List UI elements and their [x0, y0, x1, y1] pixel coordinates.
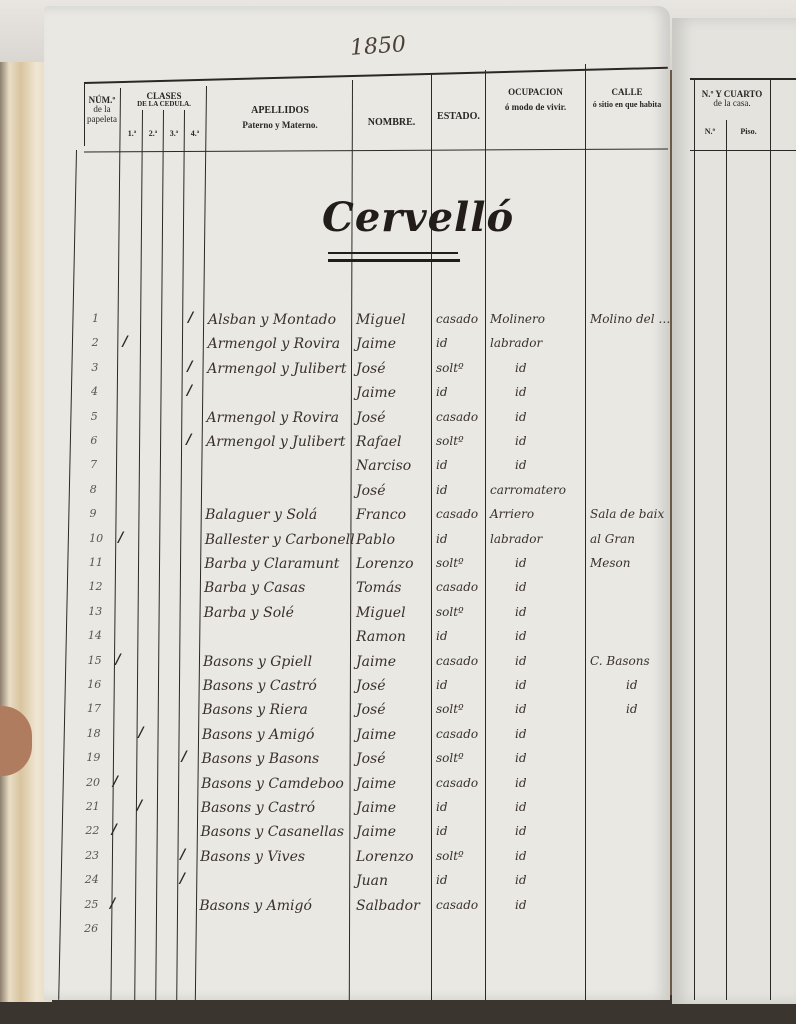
row-number: 20	[86, 776, 100, 789]
estado-cell: soltº	[436, 702, 464, 716]
ocupacion-cell: id	[515, 654, 527, 668]
header-clase-4: 4.ª	[185, 130, 205, 138]
estado-cell: soltº	[436, 361, 464, 375]
ocupacion-cell: id	[515, 849, 527, 863]
header-nombre: NOMBRE.	[352, 118, 431, 129]
nombre-cell: Miguel	[356, 605, 406, 621]
row-number: 11	[89, 556, 103, 569]
header-numero-cuarto-subtitle: de la casa.	[694, 99, 770, 108]
nombre-cell: Salbador	[356, 898, 420, 914]
estado-cell: id	[436, 678, 448, 692]
clase-mark: /	[186, 432, 191, 448]
estado-cell: casado	[436, 727, 478, 741]
nombre-cell: Tomás	[356, 580, 402, 596]
estado-cell: id	[436, 629, 448, 643]
ledger-page-right	[672, 18, 796, 1004]
ocupacion-cell: id	[515, 678, 527, 692]
nombre-cell: Jaime	[356, 385, 396, 401]
nombre-cell: Jaime	[356, 800, 396, 816]
estado-cell: soltº	[436, 434, 464, 448]
header-clases-subtitle: DE LA CEDULA.	[122, 101, 206, 108]
row-number: 19	[86, 751, 100, 764]
ocupacion-cell: id	[515, 873, 527, 887]
header-clase-1: 1.ª	[122, 130, 142, 138]
apellidos-cell: Balaguer y Solá	[205, 507, 317, 523]
apellidos-cell: Basons y Gpiell	[203, 654, 312, 670]
row-number: 1	[92, 312, 99, 325]
estado-cell: soltº	[436, 605, 464, 619]
clase-mark: /	[113, 774, 118, 790]
apellidos-cell: Armengol y Julibert	[207, 361, 346, 377]
ocupacion-cell: id	[515, 800, 527, 814]
estado-cell: id	[436, 385, 448, 399]
row-number: 18	[87, 727, 101, 740]
row-number: 6	[90, 434, 97, 447]
ocupacion-cell: id	[515, 361, 527, 375]
ocupacion-cell: labrador	[490, 532, 542, 546]
nombre-cell: Miguel	[356, 312, 406, 328]
estado-cell: casado	[436, 580, 478, 594]
header-numero-cuarto: N.º Y CUARTO de la casa.	[694, 90, 770, 109]
estado-cell: id	[436, 800, 448, 814]
row-number: 21	[86, 800, 100, 813]
row-number: 15	[88, 654, 102, 667]
nombre-cell: Jaime	[356, 776, 396, 792]
ocupacion-cell: id	[515, 702, 527, 716]
apellidos-cell: Basons y Riera	[202, 702, 308, 718]
row-number: 23	[85, 849, 99, 862]
row-number: 8	[90, 483, 97, 496]
apellidos-cell: Ballester y Carbonell	[205, 532, 355, 548]
ocupacion-cell: carromatero	[490, 483, 566, 497]
row-number: 26	[84, 922, 98, 935]
estado-cell: casado	[436, 410, 478, 424]
ocupacion-cell: id	[515, 434, 527, 448]
ocupacion-cell: id	[515, 629, 527, 643]
row-number: 2	[92, 336, 99, 349]
section-title-underline	[328, 252, 458, 254]
apellidos-cell: Basons y Castró	[203, 678, 317, 694]
ocupacion-cell: id	[515, 580, 527, 594]
section-title: Cervelló	[322, 194, 514, 241]
ocupacion-cell: id	[515, 385, 527, 399]
estado-cell: id	[436, 336, 448, 350]
apellidos-cell: Basons y Basons	[202, 751, 320, 767]
apellidos-cell: Basons y Amigó	[202, 727, 315, 743]
estado-cell: soltº	[436, 751, 464, 765]
ocupacion-cell: id	[515, 410, 527, 424]
header-num-papeleta: NÚM.º de la papeleta	[84, 96, 120, 124]
header-calle-title: CALLE	[586, 88, 668, 97]
col-rule	[726, 120, 727, 1000]
right-header-bottom-rule	[690, 150, 796, 151]
header-piso: Piso.	[727, 128, 770, 136]
col-rule	[694, 80, 695, 1000]
estado-cell: id	[436, 873, 448, 887]
header-clase-3: 3.ª	[164, 130, 184, 138]
header-numero: N.º	[694, 128, 726, 136]
apellidos-cell: Basons y Vives	[200, 849, 305, 865]
header-apellidos-title: APELLIDOS	[208, 106, 352, 117]
ocupacion-cell: id	[515, 727, 527, 741]
apellidos-cell: Armengol y Julibert	[206, 434, 345, 450]
ocupacion-cell: id	[515, 751, 527, 765]
estado-cell: id	[436, 824, 448, 838]
nombre-cell: Jaime	[356, 727, 396, 743]
estado-cell: casado	[436, 898, 478, 912]
row-number: 14	[88, 629, 102, 642]
ocupacion-cell: id	[515, 898, 527, 912]
nombre-cell: Juan	[356, 873, 388, 889]
clase-mark: /	[110, 896, 115, 912]
estado-cell: casado	[436, 312, 478, 326]
nombre-cell: José	[356, 702, 386, 718]
row-number: 10	[89, 532, 103, 545]
nombre-cell: José	[356, 751, 386, 767]
calle-cell: id	[626, 678, 638, 692]
clase-mark: /	[188, 310, 193, 326]
row-number: 3	[91, 361, 98, 374]
row-number: 22	[85, 824, 99, 837]
estado-cell: id	[436, 458, 448, 472]
ocupacion-cell: id	[515, 824, 527, 838]
row-number: 24	[85, 873, 99, 886]
estado-cell: casado	[436, 654, 478, 668]
apellidos-cell: Basons y Amigó	[199, 898, 312, 914]
clase-mark: /	[180, 847, 185, 863]
nombre-cell: José	[356, 483, 386, 499]
nombre-cell: Jaime	[356, 824, 396, 840]
row-number: 7	[90, 458, 97, 471]
right-header-top-rule	[690, 78, 796, 80]
calle-cell: al Gran	[590, 532, 635, 546]
nombre-cell: José	[356, 361, 386, 377]
col-rule	[585, 64, 586, 1000]
calle-cell: C. Basons	[590, 654, 650, 668]
clase-mark: /	[138, 725, 143, 741]
header-clases: CLASES DE LA CEDULA.	[122, 92, 206, 109]
apellidos-cell: Barba y Solé	[204, 605, 294, 621]
estado-cell: id	[436, 532, 448, 546]
calle-cell: Sala de baix	[590, 507, 664, 521]
calle-cell: Meson	[590, 556, 631, 570]
row-number: 9	[89, 507, 96, 520]
apellidos-cell: Barba y Claramunt	[204, 556, 339, 572]
nombre-cell: Ramon	[356, 629, 406, 645]
nombre-cell: José	[356, 678, 386, 694]
ocupacion-cell: Arriero	[490, 507, 534, 521]
apellidos-cell: Basons y Camdeboo	[201, 776, 344, 792]
row-number: 13	[88, 605, 102, 618]
nombre-cell: Jaime	[356, 654, 396, 670]
calle-cell: Molino del …	[590, 312, 670, 326]
row-number: 4	[91, 385, 98, 398]
row-number: 17	[87, 702, 101, 715]
apellidos-cell: Alsban y Montado	[208, 312, 336, 328]
ocupacion-cell: id	[515, 605, 527, 619]
row-number: 16	[87, 678, 101, 691]
clase-mark: /	[112, 822, 117, 838]
apellidos-cell: Armengol y Rovira	[207, 410, 339, 426]
nombre-cell: Lorenzo	[356, 556, 414, 572]
col-rule	[770, 80, 771, 1000]
row-number: 25	[84, 898, 98, 911]
ocupacion-cell: id	[515, 776, 527, 790]
nombre-cell: Jaime	[356, 336, 396, 352]
clase-mark: /	[115, 652, 120, 668]
header-ocupacion-subtitle: ó modo de vivir.	[486, 103, 585, 112]
row-number: 5	[91, 410, 98, 423]
ocupacion-cell: labrador	[490, 336, 542, 350]
header-ocupacion-title: OCUPACION	[486, 88, 585, 97]
clase-mark: /	[187, 359, 192, 375]
clase-mark: /	[187, 383, 192, 399]
header-apellidos-subtitle: Paterno y Materno.	[208, 121, 352, 130]
nombre-cell: Lorenzo	[356, 849, 414, 865]
apellidos-cell: Basons y Castró	[201, 800, 315, 816]
estado-cell: soltº	[436, 849, 464, 863]
clase-mark: /	[118, 530, 123, 546]
apellidos-cell: Basons y Casanellas	[200, 824, 344, 840]
clase-mark: /	[122, 334, 127, 350]
nombre-cell: Rafael	[356, 434, 402, 450]
clase-mark: /	[180, 871, 185, 887]
apellidos-cell: Barba y Casas	[204, 580, 305, 596]
ocupacion-cell: id	[515, 556, 527, 570]
header-estado: ESTADO.	[432, 112, 485, 123]
apellidos-cell: Armengol y Rovira	[208, 336, 340, 352]
nombre-cell: Pablo	[356, 532, 395, 548]
row-number: 12	[89, 580, 103, 593]
year-annotation: 1850	[349, 32, 407, 61]
estado-cell: casado	[436, 507, 478, 521]
ocupacion-cell: id	[515, 458, 527, 472]
header-ocupacion: OCUPACION ó modo de vivir.	[486, 88, 585, 113]
nombre-cell: Franco	[356, 507, 406, 523]
header-apellidos: APELLIDOS Paterno y Materno.	[208, 106, 352, 130]
section-title-underline	[328, 259, 460, 262]
ocupacion-cell: Molinero	[490, 312, 545, 326]
header-num-line3: papeleta	[84, 115, 120, 124]
calle-cell: id	[626, 702, 638, 716]
header-calle-subtitle: ó sitio en que habita	[586, 101, 668, 109]
clase-mark: /	[137, 798, 142, 814]
header-calle: CALLE ó sitio en que habita	[586, 88, 668, 110]
clase-mark: /	[182, 749, 187, 765]
estado-cell: casado	[436, 776, 478, 790]
nombre-cell: Narciso	[356, 458, 411, 474]
header-clase-2: 2.ª	[143, 130, 163, 138]
estado-cell: soltº	[436, 556, 464, 570]
nombre-cell: José	[356, 410, 386, 426]
estado-cell: id	[436, 483, 448, 497]
